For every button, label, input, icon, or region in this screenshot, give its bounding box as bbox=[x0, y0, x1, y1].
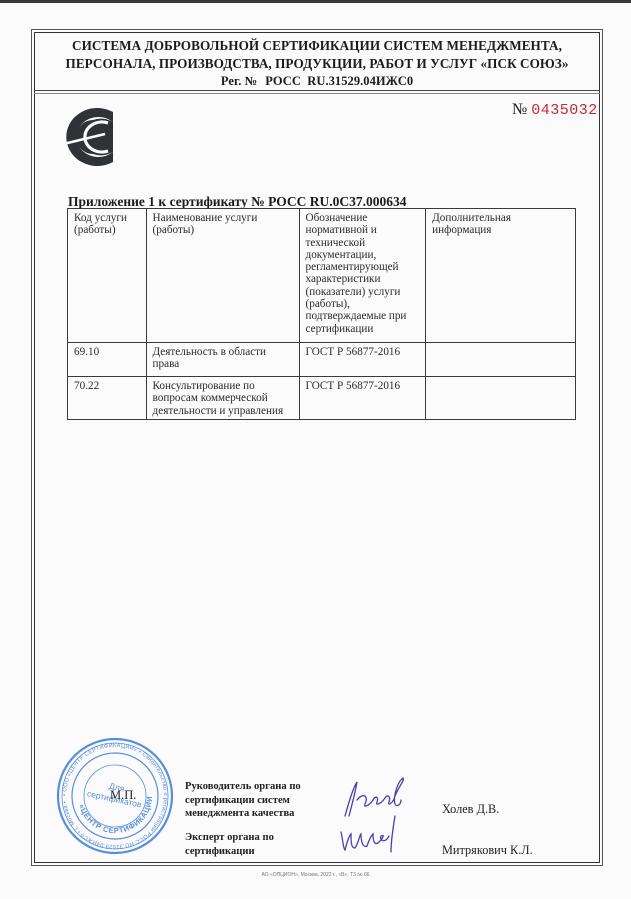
header-line-1: СИСТЕМА ДОБРОВОЛЬНОЙ СЕРТИФИКАЦИИ СИСТЕМ… bbox=[34, 38, 600, 54]
blank-number-value: 0435032 bbox=[531, 102, 598, 119]
cell-extra bbox=[426, 377, 576, 420]
signatory-role-expert: Эксперт органа по сертификации bbox=[185, 831, 280, 858]
cell-code: 70.22 bbox=[68, 377, 147, 420]
registration-number: Рег. №РОСС RU.31529.04ИЖС0 bbox=[34, 74, 600, 89]
header-line-2: ПЕРСОНАЛА, ПРОИЗВОДСТВА, ПРОДУКЦИИ, РАБО… bbox=[34, 56, 600, 72]
header-code: Код услуги (работы) bbox=[68, 209, 147, 343]
table-row: 70.22 Консультирование по вопросам комме… bbox=[68, 377, 576, 420]
signature-expert bbox=[333, 812, 413, 857]
table-row: 69.10 Деятельность в области права ГОСТ … bbox=[68, 343, 576, 377]
cell-name: Консультирование по вопросам коммерческо… bbox=[146, 377, 299, 420]
seal-place-label: М.П. bbox=[110, 788, 136, 803]
reg-value: РОСС RU.31529.04ИЖС0 bbox=[265, 74, 413, 88]
cell-name: Деятельность в области права bbox=[146, 343, 299, 377]
reg-label: Рег. № bbox=[221, 74, 257, 88]
cell-standard: ГОСТ Р 56877-2016 bbox=[299, 377, 426, 420]
blank-number: № 0435032 bbox=[512, 101, 598, 119]
top-edge-bar bbox=[0, 0, 631, 3]
signatory-name-expert: Митрякович К.Л. bbox=[442, 843, 533, 858]
cell-code: 69.10 bbox=[68, 343, 147, 377]
cell-extra bbox=[426, 343, 576, 377]
signatory-name-head: Холев Д.В. bbox=[442, 802, 499, 817]
number-sign: № bbox=[512, 101, 527, 118]
printer-footer: АО «ОПЦИОН», Москва, 2022 г., «В», Т3 № … bbox=[0, 872, 631, 878]
cell-standard: ГОСТ Р 56877-2016 bbox=[299, 343, 426, 377]
header-name: Наименование услуги (работы) bbox=[146, 209, 299, 343]
header-separator bbox=[34, 90, 600, 94]
header-standard: Обозначение нормативной и технической до… bbox=[299, 209, 426, 343]
signatory-role-head: Руководитель органа по сертификации сист… bbox=[185, 780, 310, 821]
table-header-row: Код услуги (работы) Наименование услуги … bbox=[68, 209, 576, 343]
header-extra-info: Дополнительная информация bbox=[426, 209, 576, 343]
services-table: Код услуги (работы) Наименование услуги … bbox=[67, 208, 576, 420]
certification-system-logo-icon bbox=[53, 106, 119, 168]
